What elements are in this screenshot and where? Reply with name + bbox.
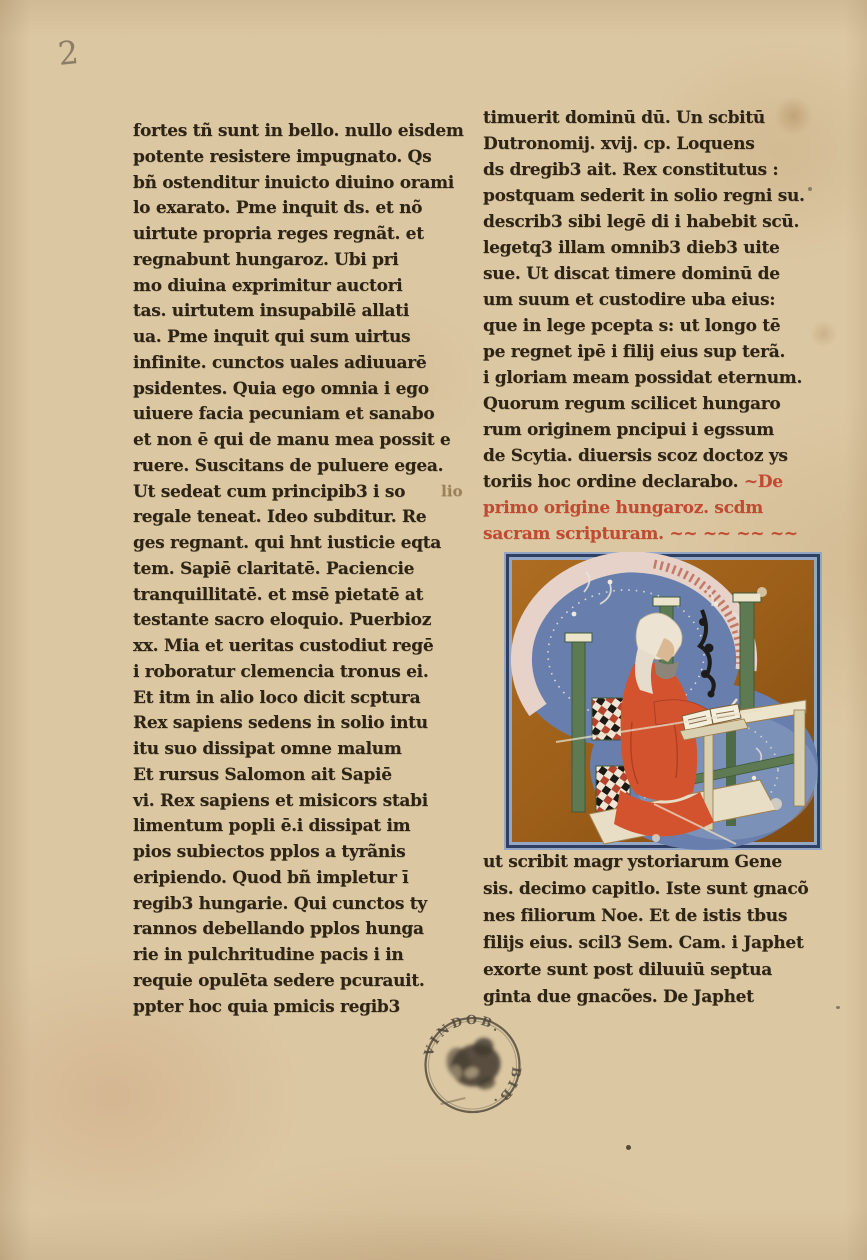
text-line: tem. Sapiē claritatē. Paciencie xyxy=(133,559,480,585)
text-line: vi. Rex sapiens et misicors stabi xyxy=(133,791,480,817)
text-line: mo diuina exprimitur auctori xyxy=(133,276,480,302)
text-line: postquam sederit in solio regni su. xyxy=(483,186,835,212)
text-column-right-upper: timuerit dominū dū. Un scbitū Dutronomij… xyxy=(483,108,835,550)
text-line: Dutronomij. xvij. cp. Loquens xyxy=(483,134,835,160)
folio-number: 2 xyxy=(56,33,80,73)
text-line: sis. decimo capitlo. Iste sunt gnacõ xyxy=(483,879,835,906)
text-line: lo exarato. Pme inquit ds. et nõ xyxy=(133,198,480,224)
text-line: requie opulēta sedere pcurauit. xyxy=(133,971,480,997)
text-line: ruere. Suscitans de puluere egea. xyxy=(133,456,480,482)
text-line: de Scytia. diuersis scoz doctoz ys xyxy=(483,446,835,472)
text-line: tas. uirtutem insupabilē allati xyxy=(133,301,480,327)
text-line: xx. Mia et ueritas custodiut regē xyxy=(133,636,480,662)
rubric-start-red: ~De xyxy=(744,472,783,492)
text-line: pios subiectos pplos a tyrãnis xyxy=(133,842,480,868)
text-line: ginta due gnacões. De Japhet xyxy=(483,987,835,1014)
text-line: regib3 hungarie. Qui cunctos ty xyxy=(133,894,480,920)
manuscript-page: 2 fortes tñ sunt in bello. nullo eisdem … xyxy=(0,0,867,1260)
ink-speck xyxy=(808,187,812,191)
rubric-line: primo origine hungaroz. scdm xyxy=(483,498,835,524)
text-line: rie in pulchritudine pacis i in xyxy=(133,945,480,971)
text-line: nes filiorum Noe. Et de istis tbus xyxy=(483,906,835,933)
text-line: uiuere facia pecuniam et sanabo xyxy=(133,404,480,430)
text-line: rannos debellando pplos hunga xyxy=(133,919,480,945)
text-column-left: fortes tñ sunt in bello. nullo eisdem po… xyxy=(133,121,480,1022)
text-line: exorte sunt post diluuiū septua xyxy=(483,960,835,987)
text-line: legetq3 illam omnib3 dieb3 uite xyxy=(483,238,835,264)
text-line: ds dregib3 ait. Rex constitutus : xyxy=(483,160,835,186)
text-line: itu suo dissipat omne malum xyxy=(133,739,480,765)
text-line: um suum et custodire uba eius: xyxy=(483,290,835,316)
text-line: et non ē qui de manu mea possit e xyxy=(133,430,480,456)
rubric-intro-black: toriis hoc ordine declarabo. xyxy=(483,472,744,492)
text-line: uirtute propria reges regnãt. et xyxy=(133,224,480,250)
text-line: Rex sapiens sedens in solio intu xyxy=(133,713,480,739)
text-line: describ3 sibi legē di i habebit scū. xyxy=(483,212,835,238)
text-line: testante sacro eloquio. Puerbioz xyxy=(133,610,480,636)
text-line: timuerit dominū dū. Un scbitū xyxy=(483,108,835,134)
text-column-right-lower: ut scribit magr ystoriarum Gene sis. dec… xyxy=(483,852,835,1014)
text-line: regnabunt hungaroz. Ubi pri xyxy=(133,250,480,276)
ink-speck xyxy=(626,1145,631,1150)
rubric-transition-line: toriis hoc ordine declarabo. ~De xyxy=(483,472,835,498)
text-line: rum originem pncipui i egssum xyxy=(483,420,835,446)
text-line: Et rursus Salomon ait Sapiē xyxy=(133,765,480,791)
illuminated-initial-miniature xyxy=(504,552,822,850)
stamp-center-smudge xyxy=(442,1035,506,1097)
ink-speck xyxy=(836,1006,840,1009)
text-line: psidentes. Quia ego omnia i ego xyxy=(133,379,480,405)
text-line: i gloriam meam possidat eternum. xyxy=(483,368,835,394)
rubric-red-lines: primo origine hungaroz. scdm sacram scri… xyxy=(483,498,835,550)
text-line: eripiendo. Quod bñ impletur ī xyxy=(133,868,480,894)
text-line: limentum popli ē.i dissipat im xyxy=(133,816,480,842)
text-line: filijs eius. scil3 Sem. Cam. i Japhet xyxy=(483,933,835,960)
text-line: regale teneat. Ideo subditur. Re xyxy=(133,507,480,533)
rubric-line: sacram scripturam. ~~ ~~ ~~ ~~ xyxy=(483,524,835,550)
text-line: tranquillitatē. et msē pietatē at xyxy=(133,585,480,611)
text-line: infinite. cunctos uales adiuuarē xyxy=(133,353,480,379)
text-line: sue. Ut discat timere dominū de xyxy=(483,264,835,290)
text-line: pe regnet ipē i filij eius sup terã. xyxy=(483,342,835,368)
text-line: potente resistere impugnato. Qs xyxy=(133,147,480,173)
text-line: bñ ostenditur inuicto diuino orami xyxy=(133,173,480,199)
text-line: Et itm in alio loco dicit scptura xyxy=(133,688,480,714)
text-line: ges regnant. qui hnt iusticie eqta xyxy=(133,533,480,559)
text-line: ua. Pme inquit qui sum uirtus xyxy=(133,327,480,353)
text-line: fortes tñ sunt in bello. nullo eisdem xyxy=(133,121,480,147)
text-line: Quorum regum scilicet hungaro xyxy=(483,394,835,420)
text-line: Ut sedeat cum principib3 i so xyxy=(133,482,480,508)
right-upper-lines: timuerit dominū dū. Un scbitū Dutronomij… xyxy=(483,108,835,472)
text-line: ut scribit magr ystoriarum Gene xyxy=(483,852,835,879)
text-line: i roboratur clemencia tronus ei. xyxy=(133,662,480,688)
text-line: que in lege pcepta s: ut longo tē xyxy=(483,316,835,342)
